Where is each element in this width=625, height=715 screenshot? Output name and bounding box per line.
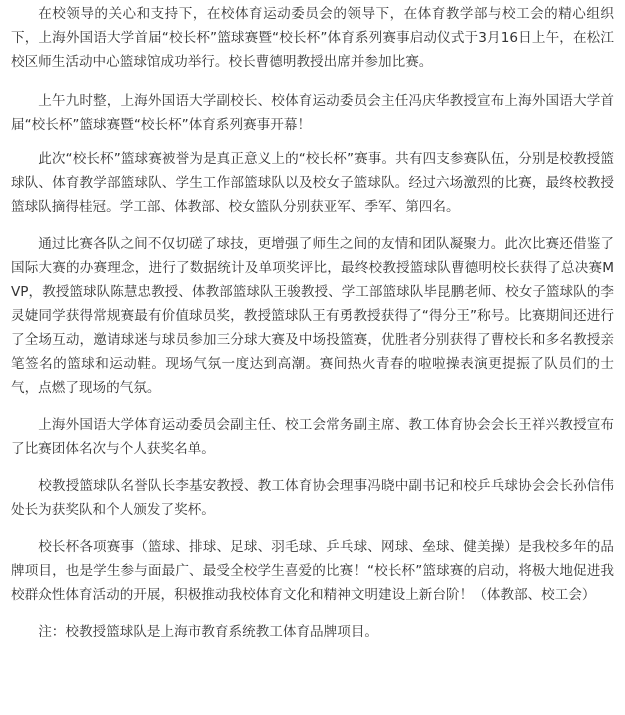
paragraph-trophy-presentation: 校教授篮球队名誉队长李基安教授、教工体育协会理事冯晓中副书记和校乒乓球协会会长孙…: [11, 474, 614, 522]
paragraph-teams-results: 此次“校长杯”篮球赛被誉为是真正意义上的“校长杯”赛事。共有四支参赛队伍，分别是…: [11, 147, 614, 219]
paragraph-note: 注：校教授篮球队是上海市教育系统教工体育品牌项目。: [11, 620, 614, 644]
paragraph-award-list-announcement: 上海外国语大学体育运动委员会副主任、校工会常务副主席、教工体育协会会长王祥兴教授…: [11, 413, 614, 461]
paragraph-opening-announcement: 上午九时整，上海外国语大学副校长、校体育运动委员会主任冯庆华教授宣布上海外国语大…: [11, 89, 614, 137]
article-body: 在校领导的关心和支持下，在校体育运动委员会的领导下，在体育教学部与校工会的精心组…: [11, 2, 614, 657]
paragraph-opening-ceremony: 在校领导的关心和支持下，在校体育运动委员会的领导下，在体育教学部与校工会的精心组…: [11, 2, 614, 74]
paragraph-brand-events: 校长杯各项赛事（篮球、排球、足球、羽毛球、乒乓球、网球、垒球、健美操）是我校多年…: [11, 535, 614, 607]
paragraph-awards-activities: 通过比赛各队之间不仅切磋了球技，更增强了师生之间的友情和团队凝聚力。此次比赛还借…: [11, 232, 614, 400]
